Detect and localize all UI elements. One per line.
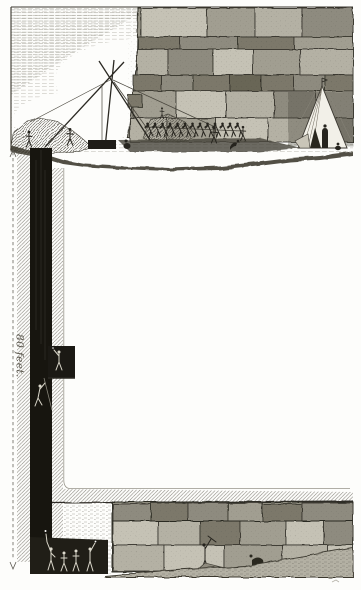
- surface-excavation-scene: [11, 7, 353, 171]
- excavation-engraving: 80 feet.: [0, 0, 361, 590]
- gallery-alcove: [30, 537, 108, 574]
- engraving-page: 80 feet.: [0, 0, 361, 590]
- underground-gallery-scene: [30, 489, 353, 582]
- seated-figure: [335, 146, 341, 150]
- windlass: [88, 140, 116, 149]
- depth-label: 80 feet.: [14, 334, 26, 378]
- standing-figure: [322, 128, 328, 148]
